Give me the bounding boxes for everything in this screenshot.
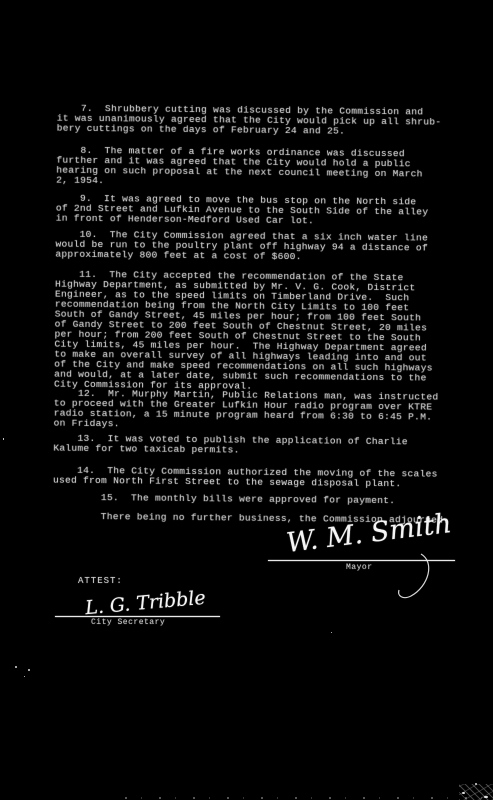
minutes-paragraph-15: 15. The monthly bills were approved for …: [53, 493, 396, 507]
secretary-signature-block: L. G. Tribble City Secretary: [55, 592, 235, 632]
scan-noise-speck: [331, 632, 332, 633]
minutes-paragraph-13: 13. It was voted to publish the applicat…: [53, 434, 408, 458]
secretary-signature-line: [55, 616, 220, 617]
scan-noise-corner: [459, 784, 493, 800]
minutes-paragraph-12: 12. Mr. Murphy Martin, Public Relations …: [54, 389, 439, 433]
scan-noise-speck: [28, 669, 30, 671]
minutes-paragraph-8: 8. The matter of a fire works ordinance …: [56, 146, 423, 190]
minutes-paragraph-11: 11. The City accepted the recommendation…: [54, 270, 434, 394]
minutes-paragraph-14: 14. The City Commission authorized the m…: [53, 466, 438, 490]
secretary-title-label: City Secretary: [91, 618, 165, 627]
scan-noise-speck: [3, 438, 4, 440]
minutes-text-column: 7. Shrubbery cutting was discussed by th…: [50, 0, 478, 800]
mayor-title-label: Mayor: [346, 563, 373, 572]
attest-label: ATTEST:: [78, 576, 123, 586]
mayor-signature-line: [268, 560, 455, 561]
minutes-paragraph-9: 9. It was agreed to move the bus stop on…: [56, 194, 429, 228]
secretary-signature: L. G. Tribble: [84, 587, 206, 619]
scan-noise-bottom-edge: [125, 797, 493, 799]
scan-noise-speck: [24, 676, 25, 677]
scanned-minutes-page: 7. Shrubbery cutting was discussed by th…: [0, 0, 493, 800]
mayor-signature-block: W. M. Smith Mayor: [268, 518, 468, 598]
minutes-paragraph-7: 7. Shrubbery cutting was discussed by th…: [57, 104, 442, 138]
minutes-paragraph-10: 10. The City Commission agreed that a si…: [55, 230, 428, 264]
scan-noise-speck: [15, 666, 17, 668]
